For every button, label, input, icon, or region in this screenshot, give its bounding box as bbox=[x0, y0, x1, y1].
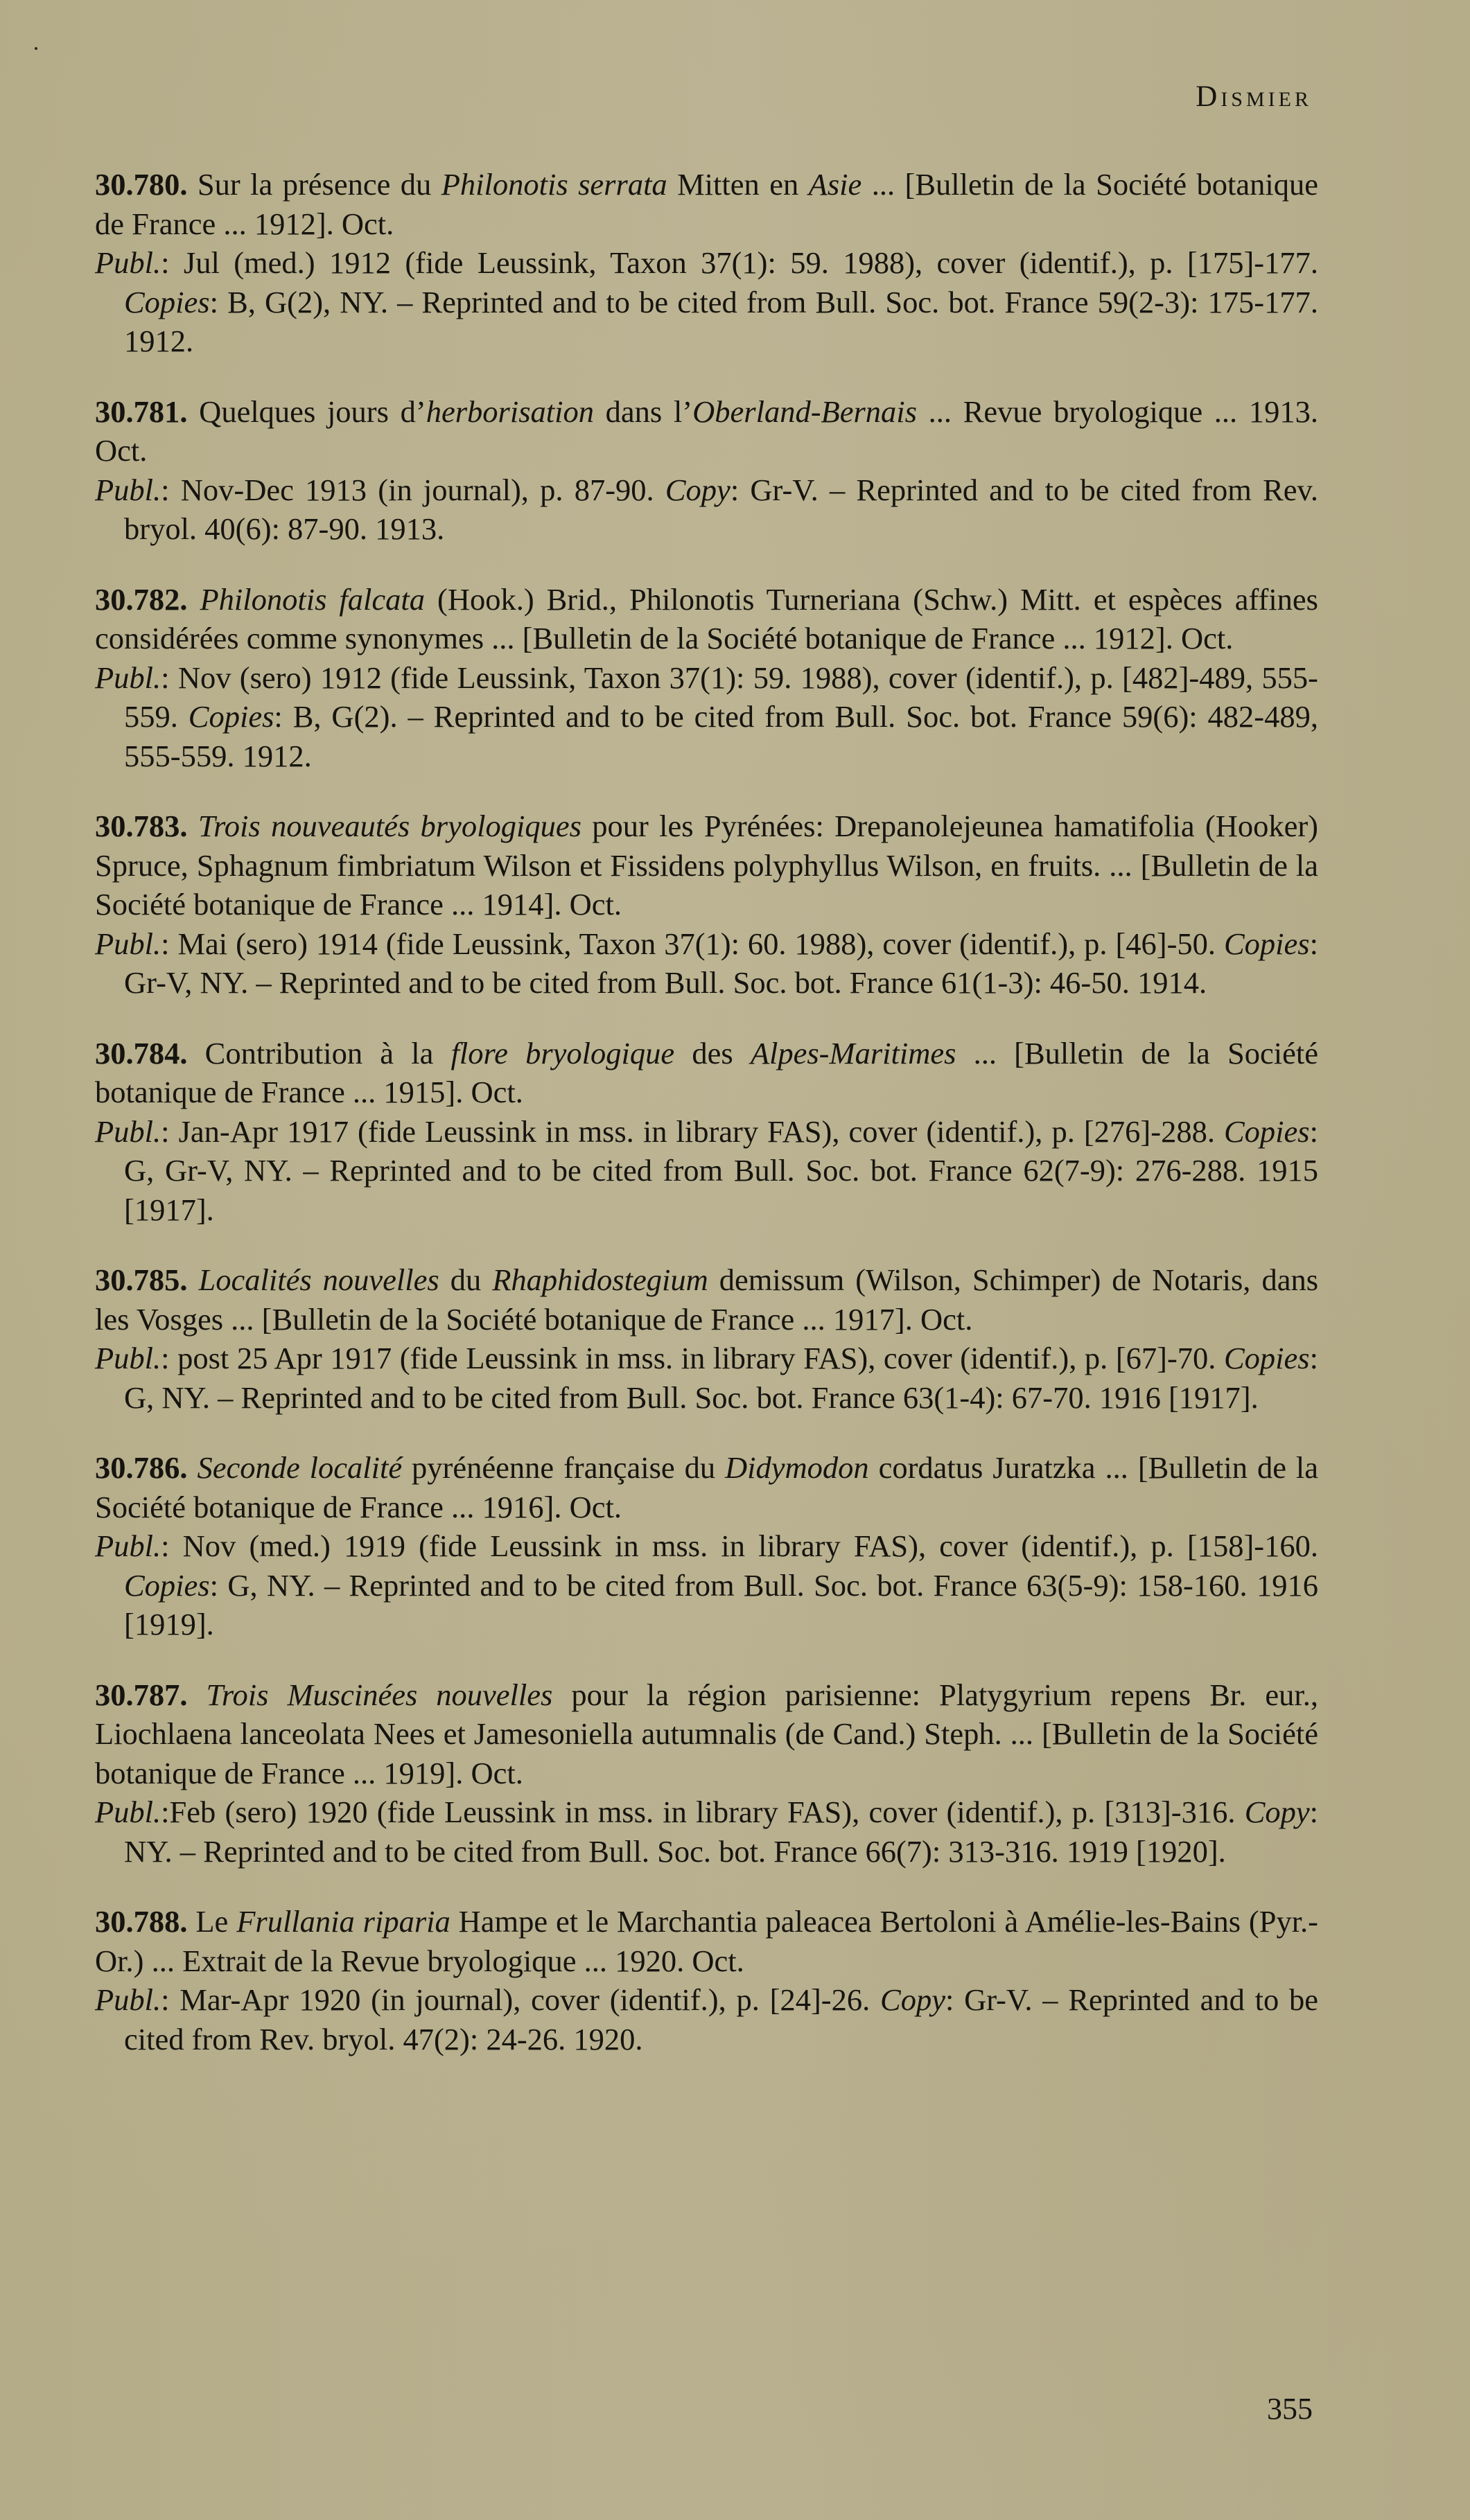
italic-text: flore bryologique bbox=[451, 1036, 675, 1070]
entry-publication: Publ.: Jan-Apr 1917 (fide Leussink in ms… bbox=[95, 1112, 1318, 1230]
italic-text: Publ. bbox=[95, 660, 161, 695]
italic-text: Copy bbox=[880, 1982, 945, 2017]
italic-text: Publ. bbox=[95, 1528, 161, 1563]
text-run: : G, NY. – Reprinted and to be cited fro… bbox=[124, 1568, 1318, 1642]
text-run: : B, G(2). – Reprinted and to be cited f… bbox=[124, 699, 1318, 773]
entry-title: 30.783. Trois nouveautés bryologiques po… bbox=[95, 807, 1318, 924]
text-run: Mitten en bbox=[667, 167, 809, 202]
entry-title: 30.787. Trois Muscinées nouvelles pour l… bbox=[95, 1675, 1318, 1793]
entry-publication: Publ.: Mar-Apr 1920 (in journal), cover … bbox=[95, 1980, 1318, 2059]
italic-text: Publ. bbox=[95, 1114, 161, 1149]
italic-text: Philonotis falcata bbox=[200, 582, 425, 617]
text-run bbox=[188, 1677, 207, 1712]
italic-text: Publ. bbox=[95, 245, 161, 280]
text-run: Sur la présence du bbox=[188, 167, 441, 202]
text-run: :Feb (sero) 1920 (fide Leussink in mss. … bbox=[161, 1795, 1245, 1829]
book-page: Dismier 30.780. Sur la présence du Philo… bbox=[0, 0, 1470, 2520]
text-run bbox=[188, 1450, 198, 1485]
entry-30-783: 30.783. Trois nouveautés bryologiques po… bbox=[95, 807, 1318, 1003]
italic-text: Trois nouveautés bryologiques bbox=[198, 809, 581, 843]
entry-publication: Publ.: post 25 Apr 1917 (fide Leussink i… bbox=[95, 1339, 1318, 1417]
text-run: Quelques jours d’ bbox=[188, 394, 426, 429]
text-run: Le bbox=[188, 1904, 237, 1939]
italic-text: Copies bbox=[1224, 1341, 1310, 1375]
entry-30-787: 30.787. Trois Muscinées nouvelles pour l… bbox=[95, 1675, 1318, 1871]
italic-text: Copies bbox=[124, 285, 210, 319]
text-run: Contribution à la bbox=[188, 1036, 451, 1070]
italic-text: Copies bbox=[189, 699, 274, 734]
italic-text: Localités nouvelles bbox=[199, 1262, 439, 1297]
italic-text: Copies bbox=[1224, 1114, 1310, 1149]
entry-30-785: 30.785. Localités nouvelles du Rhaphidos… bbox=[95, 1260, 1318, 1417]
text-run: dans l’ bbox=[594, 394, 692, 429]
entry-publication: Publ.:Feb (sero) 1920 (fide Leussink in … bbox=[95, 1792, 1318, 1871]
entry-number: 30.785. bbox=[95, 1262, 188, 1297]
entry-30-784: 30.784. Contribution à la flore bryologi… bbox=[95, 1034, 1318, 1230]
entry-30-788: 30.788. Le Frullania riparia Hampe et le… bbox=[95, 1902, 1318, 2059]
italic-text: Frullania riparia bbox=[236, 1904, 450, 1939]
text-run: : Nov-Dec 1913 (in journal), p. 87-90. bbox=[161, 473, 665, 507]
entry-number: 30.784. bbox=[95, 1036, 188, 1070]
entry-number: 30.782. bbox=[95, 582, 188, 617]
entry-number: 30.787. bbox=[95, 1677, 188, 1712]
entry-number: 30.788. bbox=[95, 1904, 188, 1939]
entry-30-780: 30.780. Sur la présence du Philonotis se… bbox=[95, 165, 1318, 361]
text-run: du bbox=[439, 1262, 493, 1297]
italic-text: Alpes-Maritimes bbox=[751, 1036, 956, 1070]
italic-text: Publ. bbox=[95, 1341, 161, 1375]
italic-text: Copies bbox=[124, 1568, 210, 1603]
entry-30-781: 30.781. Quelques jours d’herborisation d… bbox=[95, 392, 1318, 549]
entry-publication: Publ.: Mai (sero) 1914 (fide Leussink, T… bbox=[95, 924, 1318, 1003]
italic-text: Copy bbox=[665, 473, 730, 507]
text-run: des bbox=[674, 1036, 751, 1070]
bibliography-entries: 30.780. Sur la présence du Philonotis se… bbox=[95, 165, 1318, 2090]
text-run: : Nov (med.) 1919 (fide Leussink in mss.… bbox=[161, 1528, 1318, 1563]
text-run bbox=[188, 1262, 199, 1297]
entry-publication: Publ.: Nov (sero) 1912 (fide Leussink, T… bbox=[95, 658, 1318, 776]
entry-publication: Publ.: Nov-Dec 1913 (in journal), p. 87-… bbox=[95, 470, 1318, 549]
entry-number: 30.781. bbox=[95, 394, 188, 429]
text-run: : B, G(2), NY. – Reprinted and to be cit… bbox=[124, 285, 1318, 359]
italic-text: Publ. bbox=[95, 926, 161, 961]
text-run: : post 25 Apr 1917 (fide Leussink in mss… bbox=[161, 1341, 1224, 1375]
entry-title: 30.786. Seconde localité pyrénéenne fran… bbox=[95, 1448, 1318, 1526]
text-run: : Mar-Apr 1920 (in journal), cover (iden… bbox=[161, 1982, 880, 2017]
italic-text: Rhaphidostegium bbox=[492, 1262, 708, 1297]
text-run: : Jan-Apr 1917 (fide Leussink in mss. in… bbox=[161, 1114, 1224, 1149]
italic-text: Copies bbox=[1224, 926, 1310, 961]
italic-text: Publ. bbox=[95, 1795, 161, 1829]
italic-text: Copy bbox=[1245, 1795, 1310, 1829]
italic-text: Oberland-Bernais bbox=[692, 394, 917, 429]
entry-title: 30.780. Sur la présence du Philonotis se… bbox=[95, 165, 1318, 243]
entry-title: 30.784. Contribution à la flore bryologi… bbox=[95, 1034, 1318, 1112]
entry-publication: Publ.: Jul (med.) 1912 (fide Leussink, T… bbox=[95, 243, 1318, 361]
entry-30-786: 30.786. Seconde localité pyrénéenne fran… bbox=[95, 1448, 1318, 1644]
italic-text: Didymodon bbox=[725, 1450, 869, 1485]
paper-speck bbox=[35, 47, 37, 50]
italic-text: Trois Muscinées nouvelles bbox=[207, 1677, 553, 1712]
italic-text: Publ. bbox=[95, 473, 161, 507]
italic-text: Publ. bbox=[95, 1982, 161, 2017]
italic-text: Philonotis serrata bbox=[441, 167, 667, 202]
entry-title: 30.781. Quelques jours d’herborisation d… bbox=[95, 392, 1318, 470]
text-run: pyrénéenne française du bbox=[402, 1450, 725, 1485]
entry-title: 30.785. Localités nouvelles du Rhaphidos… bbox=[95, 1260, 1318, 1339]
entry-number: 30.780. bbox=[95, 167, 188, 202]
entry-title: 30.788. Le Frullania riparia Hampe et le… bbox=[95, 1902, 1318, 1980]
text-run bbox=[188, 582, 200, 617]
running-head: Dismier bbox=[1196, 82, 1312, 112]
text-run: : Jul (med.) 1912 (fide Leussink, Taxon … bbox=[161, 245, 1318, 280]
entry-number: 30.786. bbox=[95, 1450, 188, 1485]
italic-text: herborisation bbox=[426, 394, 594, 429]
entry-title: 30.782. Philonotis falcata (Hook.) Brid.… bbox=[95, 580, 1318, 658]
entry-number: 30.783. bbox=[95, 809, 188, 843]
text-run: : Mai (sero) 1914 (fide Leussink, Taxon … bbox=[161, 926, 1224, 961]
italic-text: Seconde localité bbox=[197, 1450, 402, 1485]
text-run bbox=[188, 809, 198, 843]
entry-publication: Publ.: Nov (med.) 1919 (fide Leussink in… bbox=[95, 1526, 1318, 1644]
page-number: 355 bbox=[1267, 2394, 1313, 2424]
entry-30-782: 30.782. Philonotis falcata (Hook.) Brid.… bbox=[95, 580, 1318, 776]
italic-text: Asie bbox=[809, 167, 862, 202]
